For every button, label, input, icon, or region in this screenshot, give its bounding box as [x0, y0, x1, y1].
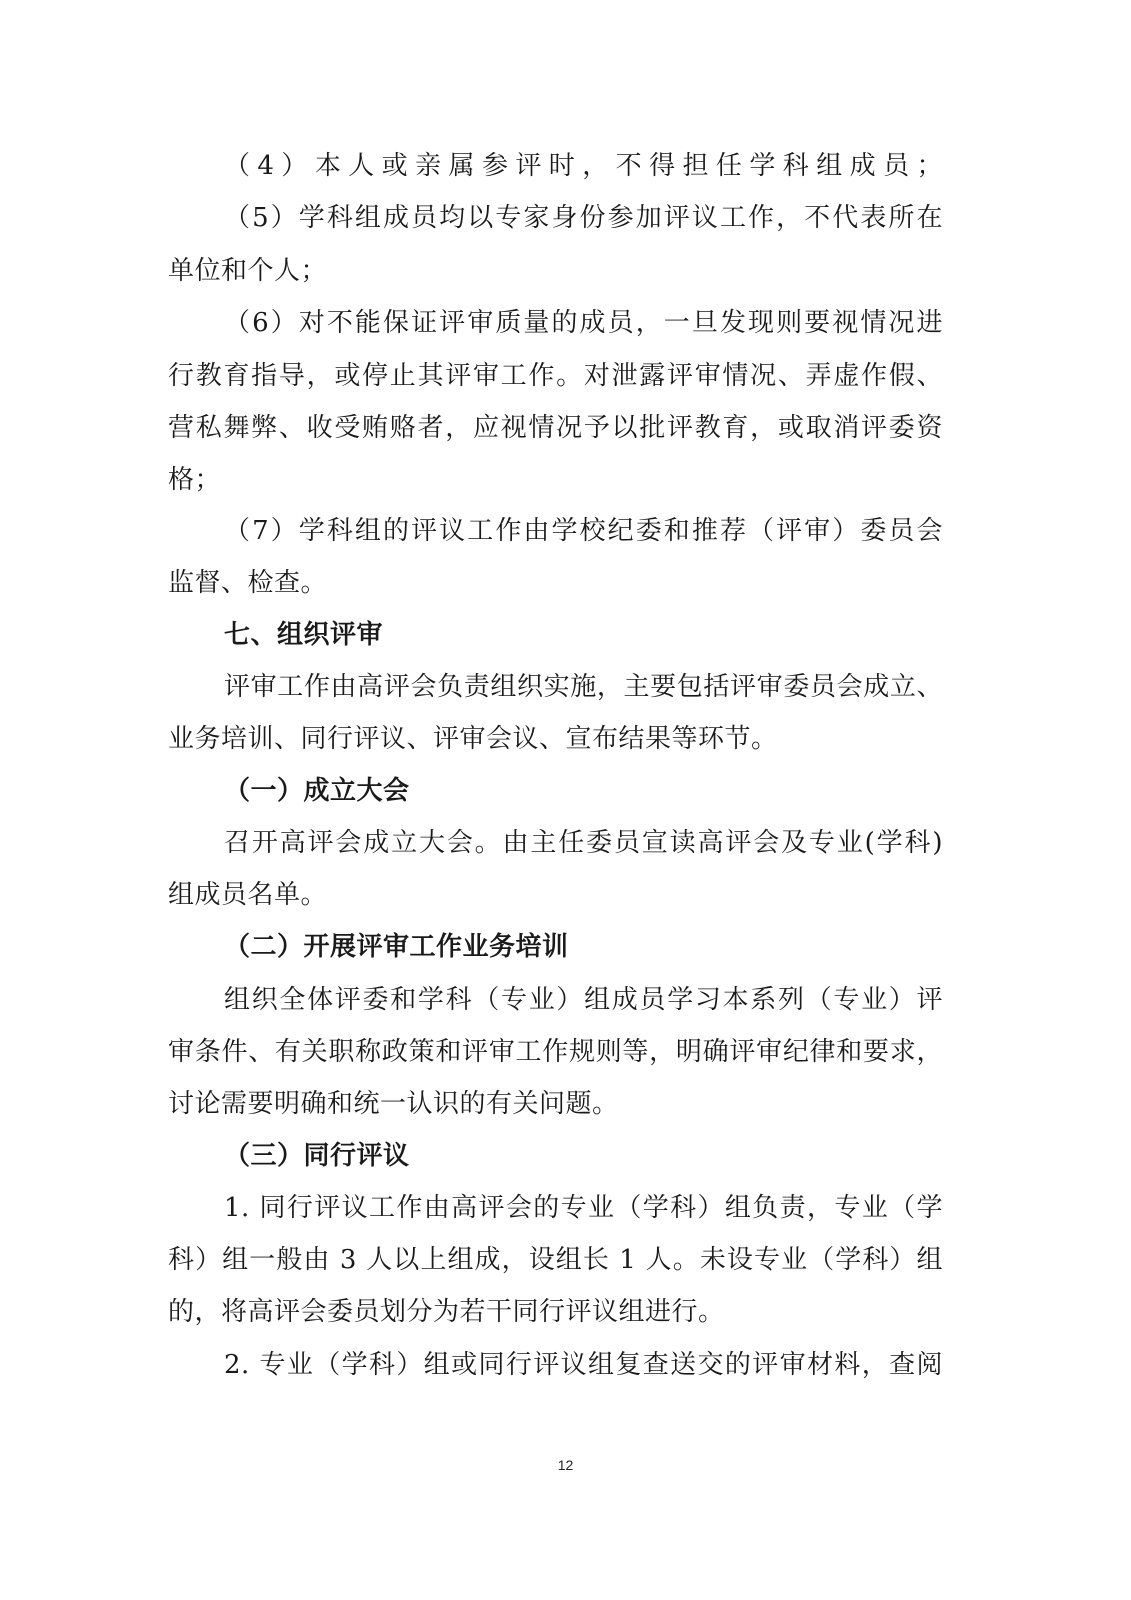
paragraph-item-5: （5）学科组成员均以专家身份参加评议工作，不代表所在 [224, 198, 943, 238]
paragraph-subsection-1: 召开高评会成立大会。由主任委员宣读高评会及专业(学科) [224, 823, 943, 863]
paragraph-subsection-2-cont-2: 讨论需要明确和统一认识的有关问题。 [168, 1084, 619, 1124]
paragraph-subsection-3-item-1: 1. 同行评议工作由高评会的专业（学科）组负责，专业（学 [224, 1188, 943, 1228]
subsection-heading-2: （二）开展评审工作业务培训 [224, 927, 569, 967]
paragraph-item-4: （4）本人或亲属参评时，不得担任学科组成员； [224, 146, 943, 186]
section-heading-7: 七、组织评审 [224, 615, 383, 655]
paragraph-item-7-cont: 监督、检查。 [168, 563, 327, 603]
paragraph-section-7-intro: 评审工作由高评会负责组织实施，主要包括评审委员会成立、 [224, 667, 943, 707]
paragraph-item-6-cont-2: 营私舞弊、收受贿赂者，应视情况予以批评教育，或取消评委资 [168, 408, 943, 448]
paragraph-subsection-3-item-1-cont-1: 科）组一般由 3 人以上组成，设组长 1 人。未设专业（学科）组 [168, 1240, 943, 1280]
paragraph-subsection-3-item-2: 2. 专业（学科）组或同行评议组复查送交的评审材料，查阅 [224, 1345, 943, 1385]
subsection-heading-3: （三）同行评议 [224, 1136, 410, 1176]
paragraph-subsection-2: 组织全体评委和学科（专业）组成员学习本系列（专业）评 [224, 980, 943, 1020]
paragraph-subsection-1-cont: 组成员名单。 [168, 875, 327, 915]
paragraph-subsection-3-item-1-cont-2: 的，将高评会委员划分为若干同行评议组进行。 [168, 1292, 725, 1332]
paragraph-section-7-intro-cont: 业务培训、同行评议、评审会议、宣布结果等环节。 [168, 719, 778, 759]
page-number: 12 [0, 1457, 1131, 1473]
subsection-heading-1: （一）成立大会 [224, 771, 410, 811]
paragraph-subsection-2-cont-1: 审条件、有关职称政策和评审工作规则等，明确评审纪律和要求， [168, 1032, 943, 1072]
paragraph-item-6: （6）对不能保证评审质量的成员，一旦发现则要视情况进 [224, 303, 943, 343]
paragraph-item-6-cont-3: 格； [168, 460, 221, 500]
paragraph-item-6-cont-1: 行教育指导，或停止其评审工作。对泄露评审情况、弄虚作假、 [168, 356, 943, 396]
paragraph-item-5-cont: 单位和个人； [168, 251, 327, 291]
paragraph-item-7: （7）学科组的评议工作由学校纪委和推荐（评审）委员会 [224, 511, 943, 551]
